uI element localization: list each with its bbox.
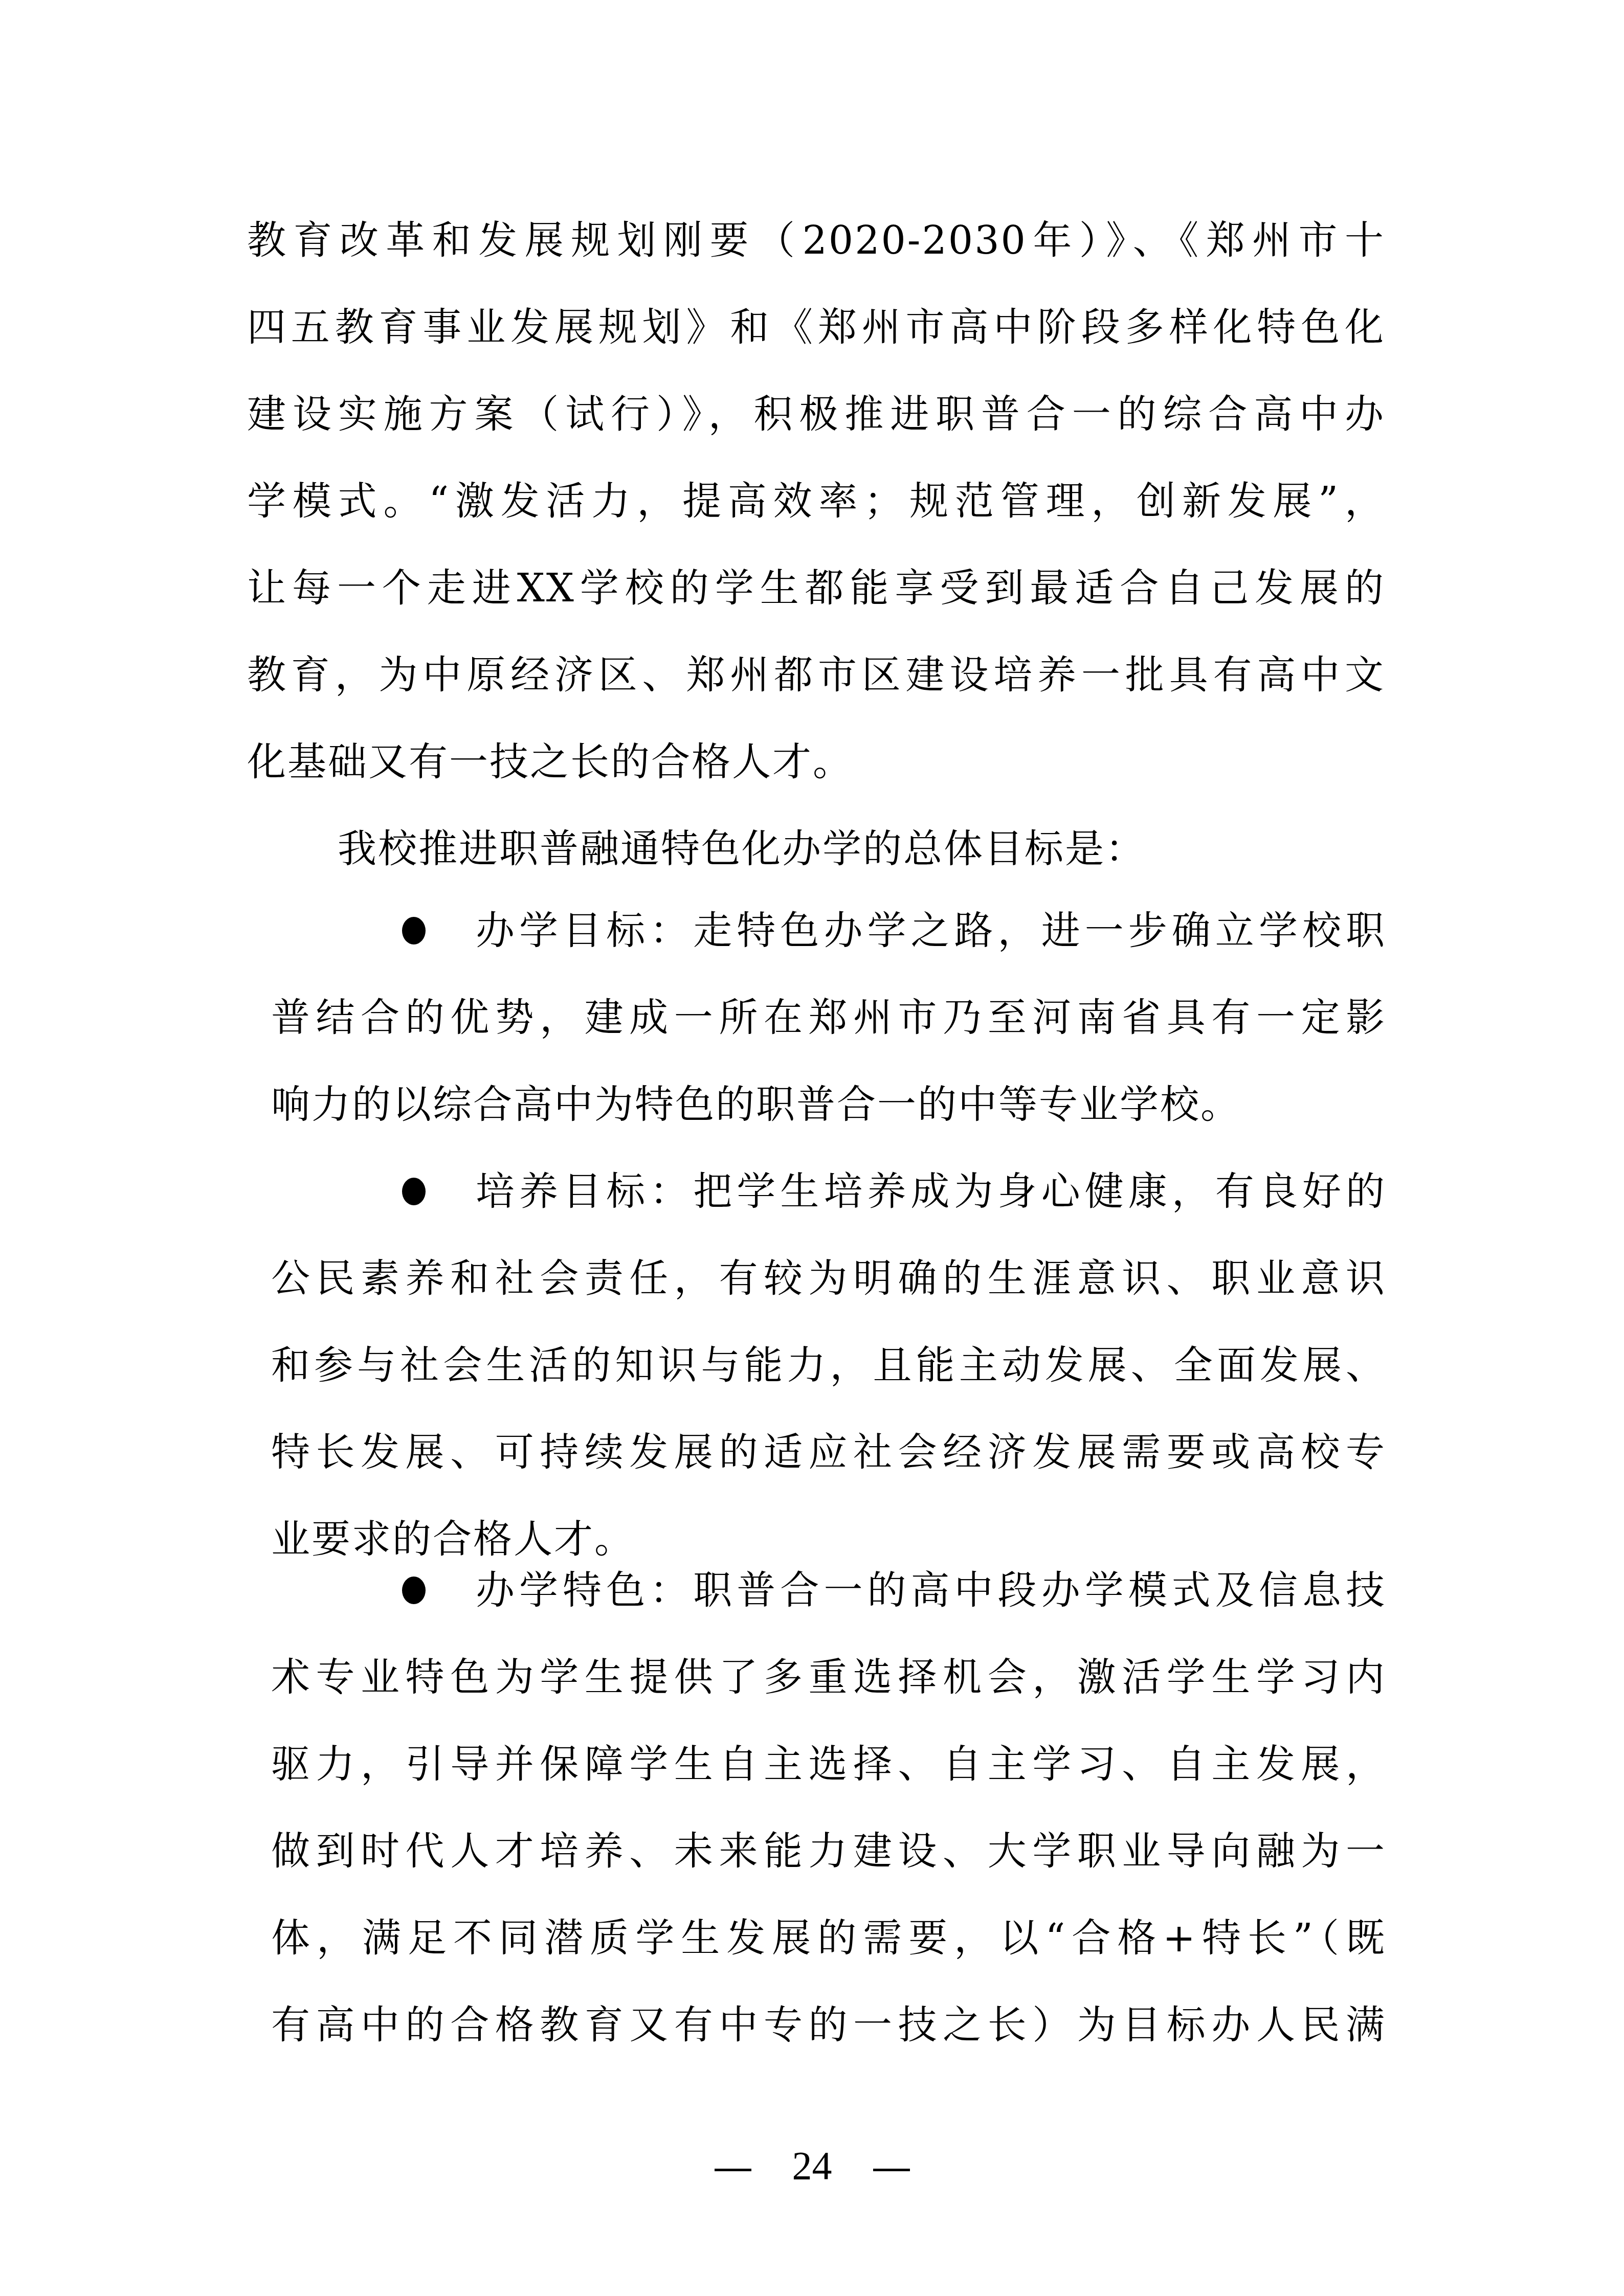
bullet-first-line: 培养目标：把学生培养成为身心健康，有良好的: [476, 1166, 1386, 1217]
text-line: 教育改革和发展规划刚要（2020-2030年）》、《郑州市十: [247, 215, 1385, 266]
text-line: 学模式。“激发活力，提高效率；规范管理，创新发展”，: [247, 476, 1385, 527]
text-line: 教育，为中原经济区、郑州都市区建设培养一批具有高中文: [247, 649, 1385, 701]
text-line: 四五教育事业发展规划》和《郑州市高中阶段多样化特色化: [247, 302, 1385, 353]
page-number: 24: [792, 2143, 832, 2188]
page-footer: 24: [0, 2140, 1624, 2191]
text-line: 特长发展、可持续发展的适应社会经济发展需要或高校专: [271, 1427, 1386, 1478]
bullet-dot-icon: [402, 1577, 426, 1604]
dash-right-icon: [873, 2169, 910, 2171]
text-line: 术专业特色为学生提供了多重选择机会，激活学生学习内: [271, 1652, 1386, 1703]
bullet-first-line: 办学目标：走特色办学之路，进一步确立学校职: [476, 905, 1386, 956]
text-line: 体，满足不同潜质学生发展的需要，以“合格+特长”（既: [271, 1912, 1386, 1964]
text-line: 有高中的合格教育又有中专的一技之长）为目标办人民满: [271, 1999, 1386, 2051]
bullet-dot-icon: [402, 1178, 426, 1205]
text-line: 业要求的合格人才。: [271, 1514, 635, 1565]
text-line: 和参与社会生活的知识与能力，且能主动发展、全面发展、: [271, 1340, 1386, 1391]
text-line: 普结合的优势，建成一所在郑州市乃至河南省具有一定影: [271, 992, 1386, 1043]
text-line: 化基础又有一技之长的合格人才。: [247, 736, 853, 787]
text-line: 让每一个走进XX学校的学生都能享受到最适合自己发展的: [247, 562, 1385, 614]
text-line: 响力的以综合高中为特色的职普合一的中等专业学校。: [271, 1079, 1241, 1130]
text-line: 做到时代人才培养、未来能力建设、大学职业导向融为一: [271, 1826, 1386, 1877]
bullet-first-line: 办学特色：职普合一的高中段办学模式及信息技: [476, 1565, 1386, 1616]
bullet-dot-icon: [402, 917, 426, 944]
text-line: 驱力，引导并保障学生自主选择、自主学习、自主发展，: [271, 1739, 1386, 1790]
text-line: 公民素养和社会责任，有较为明确的生涯意识、职业意识: [271, 1253, 1386, 1304]
goal-intro: 我校推进职普融通特色化办学的总体目标是：: [338, 823, 1146, 874]
text-line: 建设实施方案（试行）》，积极推进职普合一的综合高中办: [247, 389, 1385, 440]
dash-left-icon: [715, 2169, 751, 2171]
